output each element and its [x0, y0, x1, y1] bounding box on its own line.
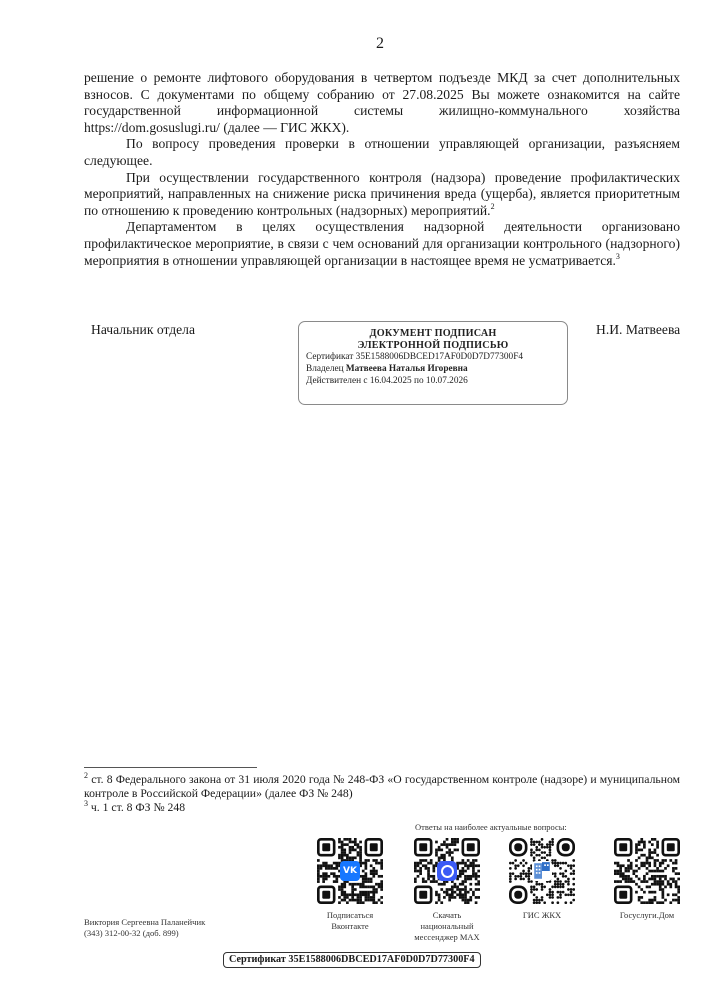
footnote-3: 3 ч. 1 ст. 8 ФЗ № 248 — [84, 801, 680, 815]
signer-name: Н.И. Матвеева — [596, 322, 680, 338]
electronic-signature-stamp: ДОКУМЕНТ ПОДПИСАН ЭЛЕКТРОННОЙ ПОДПИСЬЮ С… — [298, 321, 568, 405]
qr-gosuslugi-dom[interactable]: Госуслуги.Дом — [607, 838, 687, 921]
qr-code-gis-zhkh[interactable] — [509, 838, 575, 904]
footnote-ref-2[interactable]: 2 — [491, 202, 495, 211]
max-messenger-icon — [437, 861, 457, 881]
paragraph-1: решение о ремонте лифтового оборудования… — [84, 70, 680, 136]
qr-section-heading: Ответы на наиболее актуальные вопросы: — [415, 822, 567, 832]
footnote-separator — [84, 767, 257, 768]
executor-name: Виктория Сергеевна Паланейчик — [84, 917, 205, 928]
gis-zhkh-icon — [532, 861, 552, 881]
letter-body: решение о ремонте лифтового оборудования… — [84, 70, 680, 269]
qr-code-max-messenger[interactable] — [414, 838, 480, 904]
qr-caption: Госуслуги.Дом — [607, 910, 687, 921]
signer-position: Начальник отдела — [91, 322, 195, 338]
page-number: 2 — [0, 35, 710, 53]
stamp-heading: ДОКУМЕНТ ПОДПИСАН ЭЛЕКТРОННОЙ ПОДПИСЬЮ — [299, 328, 567, 351]
qr-code-gosuslugi-dom[interactable] — [614, 838, 680, 904]
paragraph-3: При осуществлении государственного контр… — [84, 170, 680, 220]
footnote-2: 2 ст. 8 Федерального закона от 31 июля 2… — [84, 773, 680, 801]
vk-icon: VK — [340, 861, 360, 881]
qr-code-vkontakte[interactable]: VK — [317, 838, 383, 904]
qr-max-messenger[interactable]: Скачать национальный мессенджер MAX — [407, 838, 487, 943]
paragraph-2: По вопросу проведения проверки в отношен… — [84, 136, 680, 169]
qr-caption: Подписаться Вконтакте — [310, 910, 390, 932]
stamp-validity: Действителен с 16.04.2025 по 10.07.2026 — [306, 375, 567, 387]
qr-caption: ГИС ЖКХ — [502, 910, 582, 921]
qr-caption: Скачать национальный мессенджер MAX — [407, 910, 487, 943]
executor-contact: Виктория Сергеевна Паланейчик (343) 312-… — [84, 917, 205, 939]
qr-vkontakte[interactable]: VK Подписаться Вконтакте — [310, 838, 390, 932]
stamp-certificate: Сертификат 35E1588006DBCED17AF0D0D7D7730… — [306, 351, 567, 363]
stamp-owner: Владелец Матвеева Наталья Игоревна — [306, 363, 567, 375]
executor-phone: (343) 312-00-32 (доб. 899) — [84, 928, 205, 939]
footnotes: 2 ст. 8 Федерального закона от 31 июля 2… — [84, 773, 680, 816]
certificate-footer: Сертификат 35E1588006DBCED17AF0D0D7D7730… — [223, 952, 481, 968]
qr-gis-zhkh[interactable]: ГИС ЖКХ — [502, 838, 582, 921]
footnote-ref-3[interactable]: 3 — [616, 252, 620, 261]
paragraph-4: Департаментом в целях осуществления надз… — [84, 219, 680, 269]
